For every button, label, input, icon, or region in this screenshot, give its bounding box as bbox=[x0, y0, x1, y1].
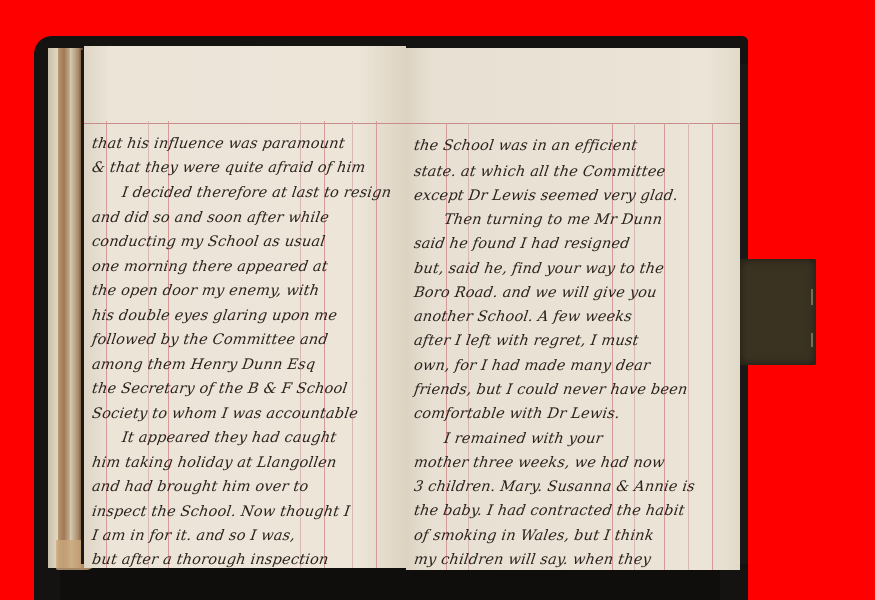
handwritten-line: comfortable with Dr Lewis. bbox=[412, 400, 738, 428]
header-rule bbox=[84, 123, 406, 124]
handwritten-line: the Secretary of the B & F School bbox=[90, 375, 404, 403]
header-rule bbox=[406, 123, 740, 124]
handwritten-line: after I left with regret, I must bbox=[412, 327, 738, 355]
handwritten-line: It appeared they had caught bbox=[90, 424, 404, 452]
left-page: that his influence was paramount & that … bbox=[84, 46, 406, 568]
handwritten-line: conducting my School as usual bbox=[90, 228, 404, 256]
binding-edge bbox=[81, 50, 84, 564]
handwritten-line: my children will say. when they bbox=[412, 546, 738, 570]
bookmark-tab bbox=[740, 259, 816, 365]
handwritten-line: I decided therefore at last to resign bbox=[90, 179, 404, 207]
tab-mark bbox=[811, 289, 813, 305]
handwritten-line: the open door my enemy, with bbox=[90, 277, 404, 305]
handwritten-line: and had brought him over to bbox=[90, 473, 404, 501]
right-page: the School was in an efficient state. at… bbox=[406, 48, 740, 570]
handwritten-line: & that they were quite afraid of him bbox=[90, 154, 404, 182]
tab-mark bbox=[811, 333, 813, 347]
handwritten-line: read this. that I was greatly to bbox=[412, 569, 738, 570]
handwritten-line: followed by the Committee and bbox=[90, 326, 404, 354]
handwritten-line: the baby. I had contracted the habit bbox=[412, 497, 738, 525]
handwritten-line: but after a thorough inspection bbox=[90, 546, 404, 568]
handwritten-line: the School was in an efficient bbox=[412, 132, 738, 160]
handwritten-line: said he found I had resigned bbox=[412, 230, 738, 258]
